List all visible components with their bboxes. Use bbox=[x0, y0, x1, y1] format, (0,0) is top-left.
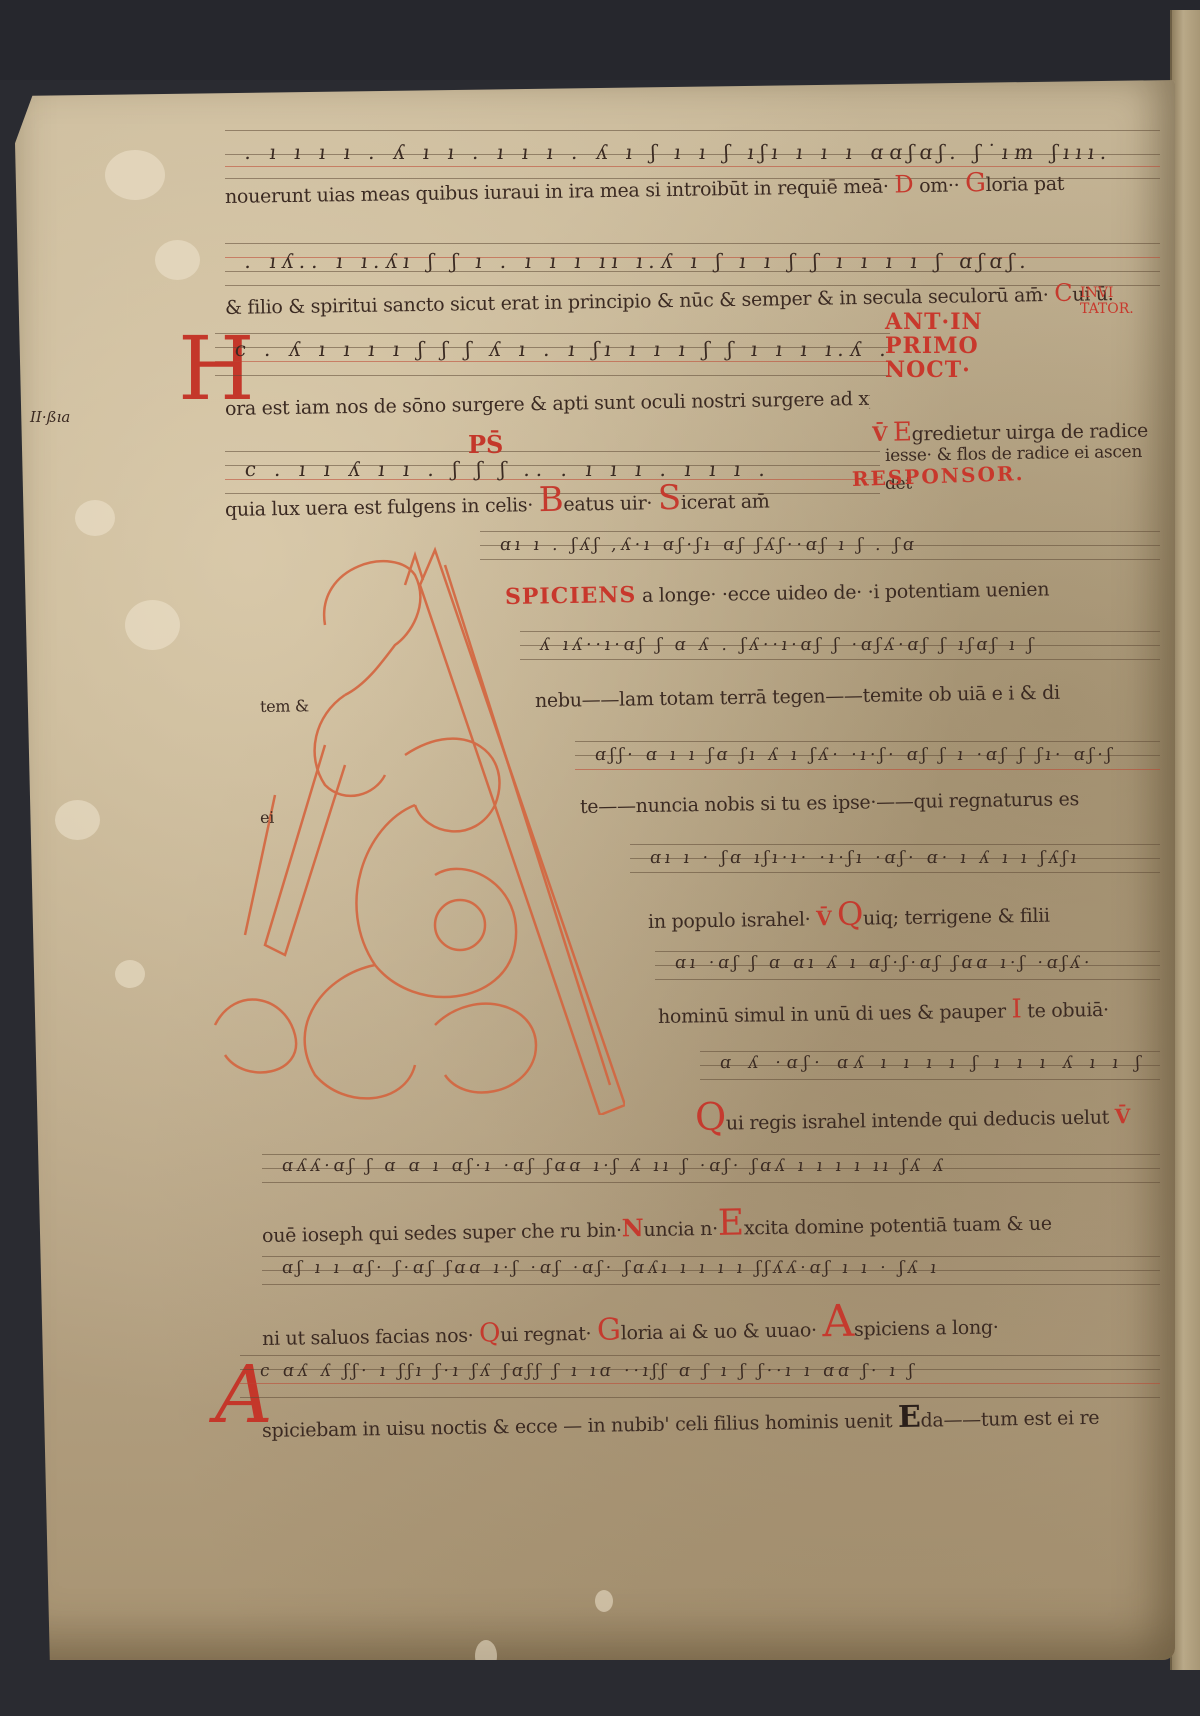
text: loria ai & uo & uuao· bbox=[621, 1319, 817, 1344]
staff-line-9: ɑı ·ɑʃ ʃ ɑ ɑı ʎ ı ɑʃ·ʃ·ɑʃ ʃɑɑ ı·ʃ ·ɑʃʎ· bbox=[655, 945, 1160, 990]
rubric-psalm: PS̄ bbox=[468, 430, 503, 459]
staff-line-8: ɑı ı · ʃɑ ıʃı·ı· ·ı·ʃı ·ɑʃ· ɑ· ı ʎ ı ı ʃ… bbox=[630, 838, 1160, 888]
neume-row: ʎ ıʎ··ı·ɑʃ ʃ ɑ ʎ . ʃʎ··ı·ɑʃ ʃ ·ɑʃʎ·ɑʃ ʃ … bbox=[539, 635, 1161, 655]
text: te obuiā· bbox=[1027, 999, 1109, 1022]
parchment-stain bbox=[595, 1590, 613, 1612]
parchment-stain bbox=[115, 960, 145, 988]
staff-line-10: ɑ ʎ ·ɑʃ· ɑʎ ı ı ı ı ʃ ı ı ı ʎ ı ı ʃ bbox=[700, 1045, 1160, 1090]
left-text-line-7: ei bbox=[260, 807, 320, 827]
parchment-stain bbox=[105, 150, 165, 200]
rubric-invitatory: INVITATOR. bbox=[1080, 285, 1134, 317]
red-initial: E bbox=[893, 417, 912, 447]
red-initial: N bbox=[622, 1213, 644, 1242]
chant-text-line-10: Qui regis israhel intende qui deducis ue… bbox=[695, 1088, 1151, 1139]
red-initial: S bbox=[657, 478, 681, 518]
parchment-stain bbox=[55, 800, 100, 840]
rubric-antiphon-first-nocturn: ANT·INPRIMONOCT· bbox=[885, 310, 983, 382]
text: ouē ioseph qui sedes super che ru bin· bbox=[262, 1219, 622, 1247]
neume-row: c . ʎ ı ı ı ı ʃ ʃ ʃ ʎ ı . ı ʃı ı ı ı ʃ ʃ… bbox=[234, 337, 892, 361]
marginal-annotation: II·ßıa bbox=[30, 408, 70, 426]
neume-row: ɑı ı · ʃɑ ıʃı·ı· ·ı·ʃı ·ɑʃ· ɑ· ı ʎ ı ı ʃ… bbox=[649, 848, 1161, 868]
text: icerat am̄ bbox=[681, 490, 770, 513]
text: ui regis israhel intende qui deducis uel… bbox=[726, 1106, 1109, 1134]
rubric-spiciens: SPICIENS bbox=[505, 582, 637, 610]
staff-line-5: ɑı ı . ʃʎʃ ,ʎ·ı ɑʃ·ʃı ɑʃ ʃʎʃ··ɑʃ ı ʃ . ʃ… bbox=[480, 525, 1160, 575]
neume-row: ɑʃʃ· ɑ ı ı ʃɑ ʃı ʎ ı ʃʎ· ·ı·ʃ· ɑʃ ʃ ı ·ɑ… bbox=[594, 745, 1161, 765]
staff-line-13: c ɑʎ ʎ ʃʃ· ı ʃʃı ʃ·ı ʃʎ ʃɑʃʃ ʃ ı ıɑ ··ıʃ… bbox=[240, 1345, 1160, 1400]
black-initial: E bbox=[898, 1400, 921, 1435]
red-initial: Q bbox=[695, 1095, 727, 1139]
text: om·· bbox=[919, 174, 960, 197]
parchment-stain bbox=[155, 240, 200, 280]
verse-marker: V̄ bbox=[1115, 1104, 1131, 1128]
staff-line-6: ʎ ıʎ··ı·ɑʃ ʃ ɑ ʎ . ʃʎ··ı·ɑʃ ʃ ·ɑʃʎ·ɑʃ ʃ … bbox=[520, 625, 1160, 675]
parchment-stain bbox=[125, 600, 180, 650]
parchment-stain bbox=[295, 1680, 311, 1700]
red-initial: Q bbox=[837, 895, 864, 933]
chant-text-line-8: in populo israhel· V̄ Quiq; terrigene & … bbox=[648, 890, 1151, 936]
staff-line-7: ɑʃʃ· ɑ ı ı ʃɑ ʃı ʎ ı ʃʎ· ·ı·ʃ· ɑʃ ʃ ı ·ɑ… bbox=[575, 735, 1160, 785]
parchment-stain bbox=[75, 500, 115, 536]
red-initial: I bbox=[1011, 994, 1021, 1024]
red-initial: G bbox=[597, 1312, 621, 1347]
red-initial: D bbox=[894, 170, 913, 198]
text: xcita domine potentiā tuam & ue bbox=[744, 1213, 1052, 1240]
red-initial: E bbox=[717, 1202, 744, 1243]
text: ui regnat· bbox=[500, 1323, 591, 1346]
verse-marker: V̄ bbox=[816, 906, 832, 930]
neume-row: ɑı ·ɑʃ ʃ ɑ ɑı ʎ ı ɑʃ·ʃ·ɑʃ ʃɑɑ ı·ʃ ·ɑʃʎ· bbox=[674, 953, 1161, 973]
neume-row: c ɑʎ ʎ ʃʃ· ı ʃʃı ʃ·ı ʃʎ ʃɑʃʃ ʃ ı ıɑ ··ıʃ… bbox=[259, 1361, 1161, 1381]
text: in populo israhel· bbox=[648, 908, 811, 933]
left-text-line-6: tem & bbox=[260, 695, 400, 716]
text: da——tum est ei re bbox=[920, 1407, 1099, 1432]
parchment-stain bbox=[475, 1640, 497, 1672]
verse-marker: V̄ bbox=[872, 422, 888, 446]
backdrop-top bbox=[0, 0, 1200, 80]
text: uiq; terrigene & filii bbox=[863, 905, 1050, 930]
neume-row: . ıʎ.. ı ı.ʎı ʃ ʃ ı . ı ı ı ıı ı.ʎ ı ʃ ı… bbox=[244, 249, 1162, 273]
neume-row: ɑʃ ı ı ɑʃ· ʃ·ɑʃ ʃɑɑ ı·ʃ ·ɑʃ ·ɑʃ· ʃɑʎı ı … bbox=[281, 1258, 1161, 1278]
staff-line-11: ɑʎʎ·ɑʃ ʃ ɑ ɑ ı ɑʃ·ı ·ɑʃ ʃɑɑ ı·ʃ ʎ ıı ʃ ·… bbox=[262, 1148, 1160, 1193]
staff-line-3: c . ʎ ı ı ı ı ʃ ʃ ʃ ʎ ı . ı ʃı ı ı ı ʃ ʃ… bbox=[215, 325, 890, 385]
text: loria pat bbox=[985, 173, 1064, 196]
text: spiciens a long· bbox=[854, 1316, 999, 1340]
text: quia lux uera est fulgens in celis· bbox=[225, 494, 533, 521]
red-initial: A bbox=[822, 1296, 854, 1347]
text: hominū simul in unū di ues & pauper bbox=[658, 1001, 1006, 1028]
text: uncia n· bbox=[643, 1218, 718, 1241]
red-initial: B bbox=[538, 480, 563, 520]
neume-row: ɑʎʎ·ɑʃ ʃ ɑ ɑ ı ɑʃ·ı ·ɑʃ ʃɑɑ ı·ʃ ʎ ıı ʃ ·… bbox=[281, 1156, 1161, 1176]
neume-row: ɑ ʎ ·ɑʃ· ɑʎ ı ı ı ı ʃ ı ı ı ʎ ı ı ʃ bbox=[719, 1053, 1161, 1073]
text: eatus uir· bbox=[563, 492, 652, 515]
neume-row: . ı ı ı ı . ʎ ı ı . ı ı ı . ʎ ı ʃ ı ı ʃ … bbox=[244, 140, 1162, 164]
red-initial: C bbox=[1054, 279, 1073, 307]
neume-row: ɑı ı . ʃʎʃ ,ʎ·ı ɑʃ·ʃı ɑʃ ʃʎʃ··ɑʃ ı ʃ . ʃ… bbox=[499, 535, 1161, 555]
staff-line-12: ɑʃ ı ı ɑʃ· ʃ·ɑʃ ʃɑɑ ı·ʃ ·ɑʃ ·ɑʃ· ʃɑʎı ı … bbox=[262, 1250, 1160, 1295]
red-initial: G bbox=[965, 168, 986, 198]
